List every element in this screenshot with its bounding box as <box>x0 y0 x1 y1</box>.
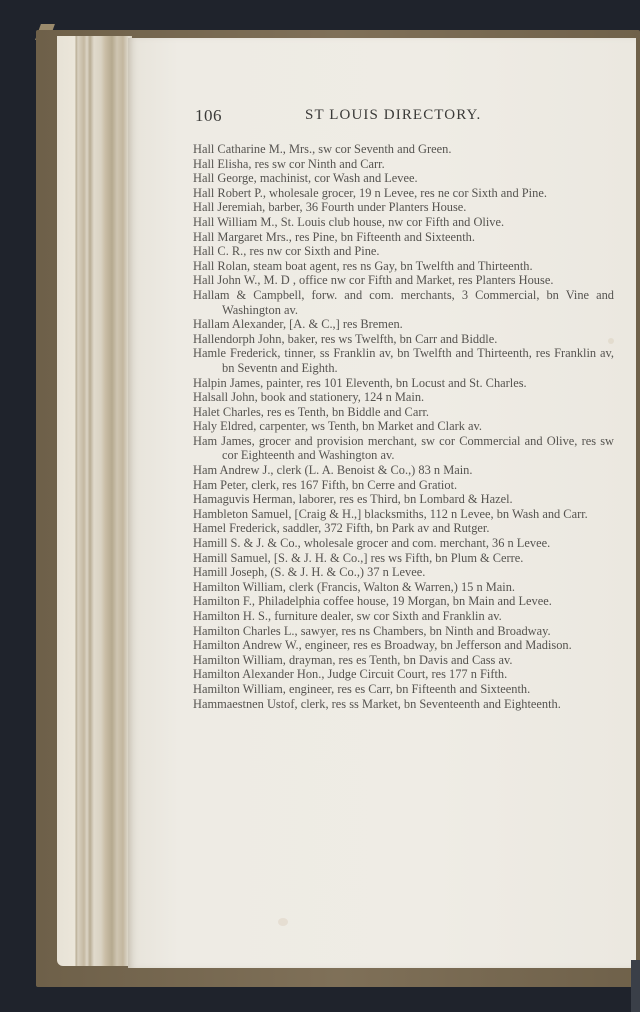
directory-entry: Hamilton Andrew W., engineer, res es Bro… <box>193 638 614 653</box>
directory-entry: Ham Peter, clerk, res 167 Fifth, bn Cerr… <box>193 478 614 493</box>
directory-entry: Ham Andrew J., clerk (L. A. Benoist & Co… <box>193 463 614 478</box>
directory-entry: Hamill Joseph, (S. & J. H. & Co.,) 37 n … <box>193 565 614 580</box>
running-title: ST LOUIS DIRECTORY. <box>305 107 481 124</box>
directory-entry: Hall Jeremiah, barber, 36 Fourth under P… <box>193 200 614 215</box>
page-edges <box>57 36 132 966</box>
directory-entry: Haly Eldred, carpenter, ws Tenth, bn Mar… <box>193 419 614 434</box>
directory-entry: Hamle Frederick, tinner, ss Franklin av,… <box>193 346 614 375</box>
directory-entry: Hamel Frederick, saddler, 372 Fifth, bn … <box>193 521 614 536</box>
directory-entry: Hambleton Samuel, [Craig & H.,] blacksmi… <box>193 507 614 522</box>
directory-entry: Hall Margaret Mrs., res Pine, bn Fifteen… <box>193 230 614 245</box>
directory-entry: Hall Rolan, steam boat agent, res ns Gay… <box>193 259 614 274</box>
directory-entry: Hamaguvis Herman, laborer, res es Third,… <box>193 492 614 507</box>
directory-entry: Hammaestnen Ustof, clerk, res ss Market,… <box>193 697 614 712</box>
directory-entry: Hamill S. & J. & Co., wholesale grocer a… <box>193 536 614 551</box>
directory-entry: Hamilton Alexander Hon., Judge Circuit C… <box>193 667 614 682</box>
directory-entry: Hall Catharine M., Mrs., sw cor Seventh … <box>193 142 614 157</box>
directory-entry: Hamilton William, engineer, res es Carr,… <box>193 682 614 697</box>
directory-entry: Hall Robert P., wholesale grocer, 19 n L… <box>193 186 614 201</box>
page-header: 106 ST LOUIS DIRECTORY. <box>193 106 613 128</box>
directory-entry: Hamilton H. S., furniture dealer, sw cor… <box>193 609 614 624</box>
foxing-spot <box>278 918 288 926</box>
directory-entry: Hallam & Campbell, forw. and com. mercha… <box>193 288 614 317</box>
directory-entry: Hallam Alexander, [A. & C.,] res Bremen. <box>193 317 614 332</box>
directory-entry: Halet Charles, res es Tenth, bn Biddle a… <box>193 405 614 420</box>
directory-entry: Hall C. R., res nw cor Sixth and Pine. <box>193 244 614 259</box>
background-strip <box>631 960 640 1012</box>
directory-entry: Hamilton F., Philadelphia coffee house, … <box>193 594 614 609</box>
directory-entry: Hamilton Charles L., sawyer, res ns Cham… <box>193 624 614 639</box>
directory-entry: Hall William M., St. Louis club house, n… <box>193 215 614 230</box>
directory-entry: Halsall John, book and stationery, 124 n… <box>193 390 614 405</box>
directory-entry: Ham James, grocer and provision merchant… <box>193 434 614 463</box>
page-number: 106 <box>195 106 222 126</box>
directory-entry: Hamill Samuel, [S. & J. H. & Co.,] res w… <box>193 551 614 566</box>
directory-entry: Hall John W., M. D , office nw cor Fifth… <box>193 273 614 288</box>
directory-entries: Hall Catharine M., Mrs., sw cor Seventh … <box>193 142 614 711</box>
directory-entry: Hamilton William, drayman, res es Tenth,… <box>193 653 614 668</box>
directory-entry: Hamilton William, clerk (Francis, Walton… <box>193 580 614 595</box>
directory-entry: Hallendorph John, baker, res ws Twelfth,… <box>193 332 614 347</box>
directory-entry: Halpin James, painter, res 101 Eleventh,… <box>193 376 614 391</box>
directory-entry: Hall George, machinist, cor Wash and Lev… <box>193 171 614 186</box>
directory-entry: Hall Elisha, res sw cor Ninth and Carr. <box>193 157 614 172</box>
